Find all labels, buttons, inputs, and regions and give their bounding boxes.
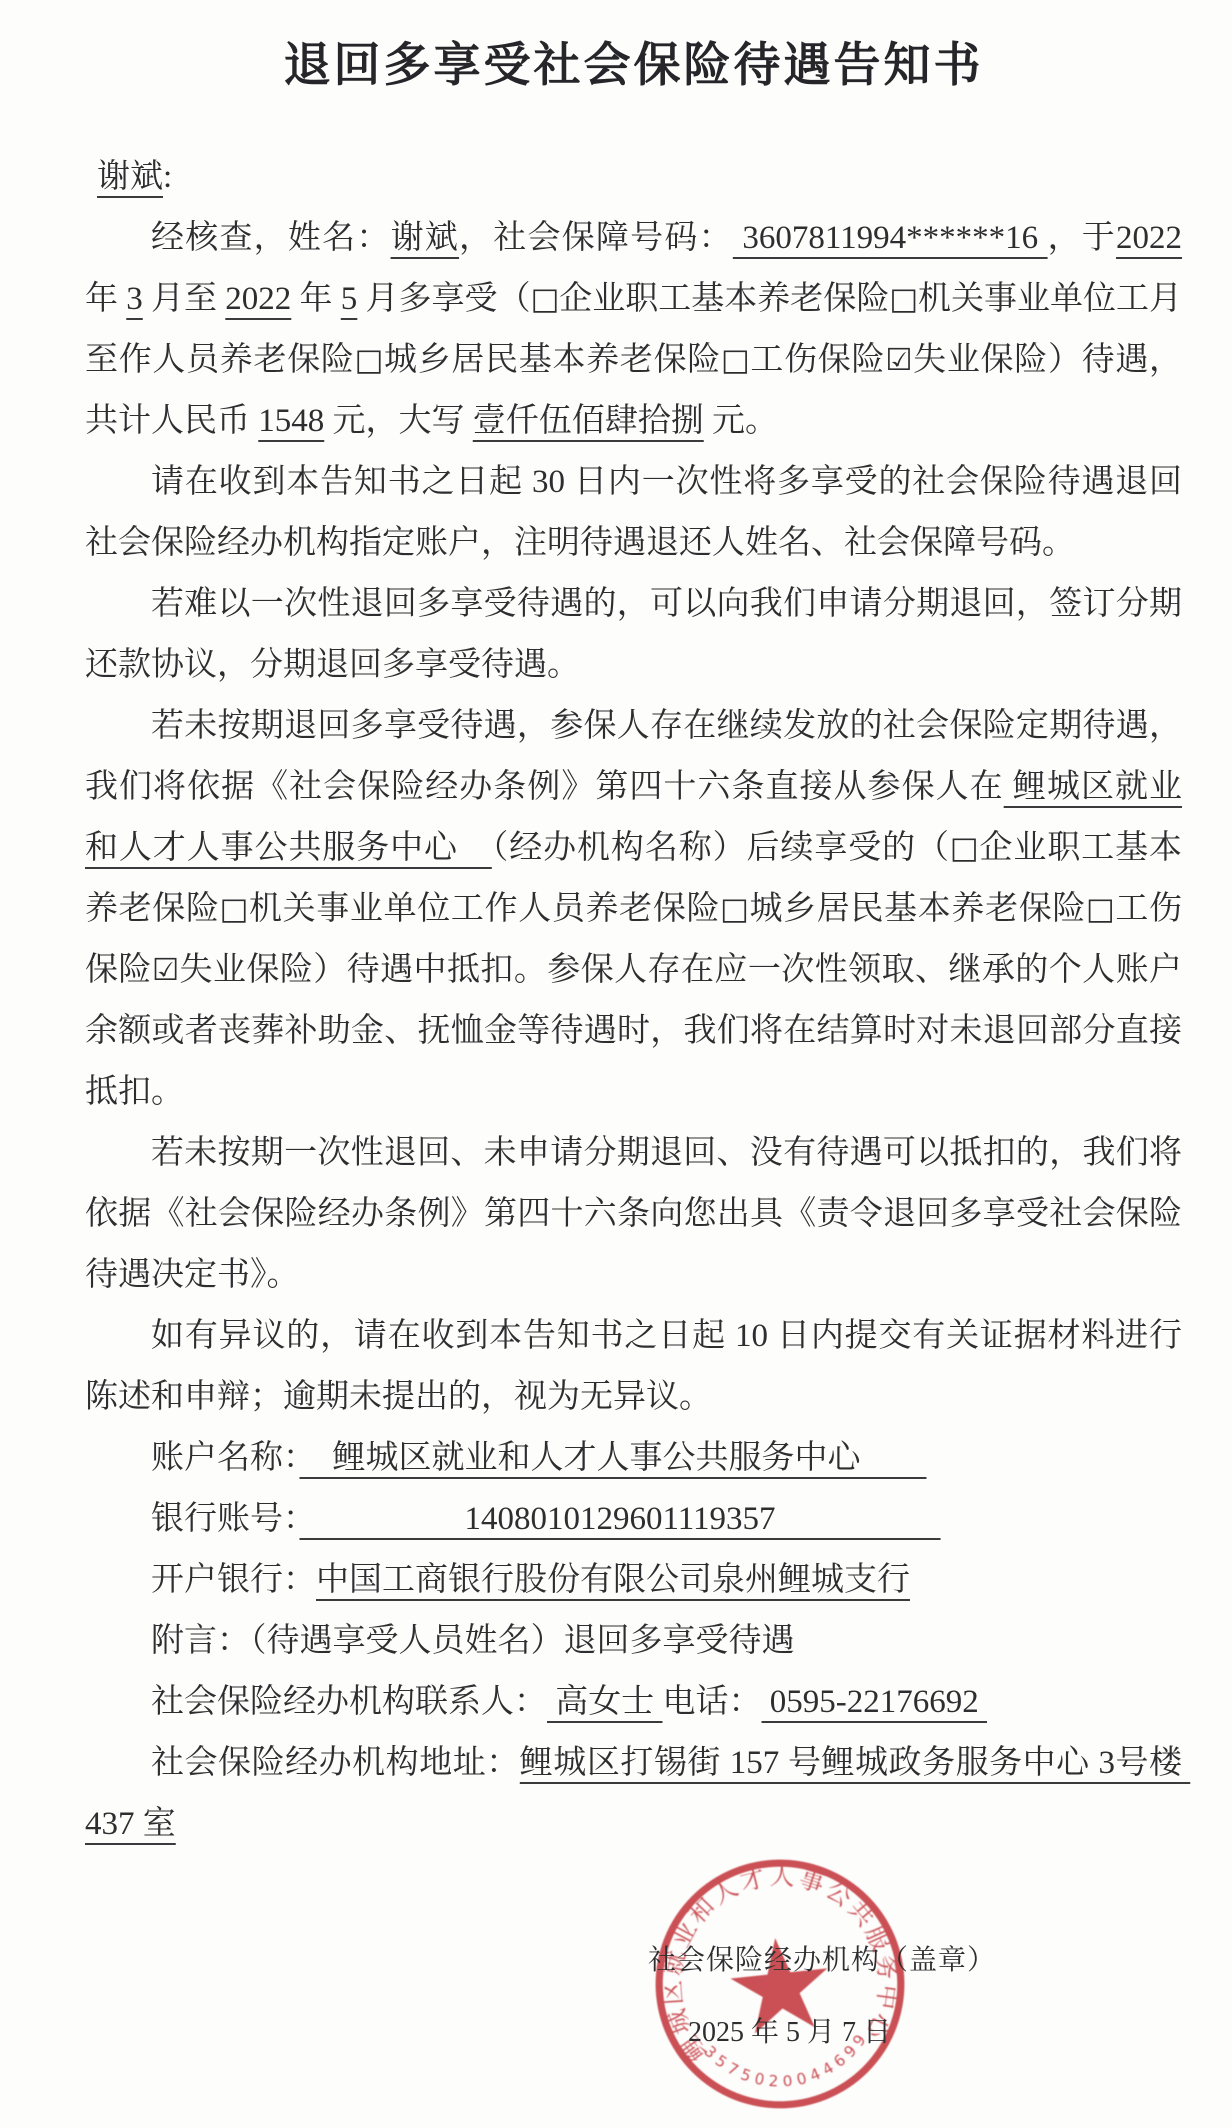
- text-segment: 壹仟伍佰肆拾捌: [473, 403, 704, 439]
- text-segment: ，于: [1048, 220, 1116, 256]
- text-segment: 城乡居民基本养老保险: [384, 342, 721, 378]
- text-segment: 3607811994******16: [733, 220, 1048, 256]
- checkbox-checked-icon: ☑: [152, 953, 179, 988]
- signature-date: 2025 年 5 月 7 日: [688, 2010, 891, 2050]
- bank-account-field: 银行账号： 1408010129601119357: [85, 1489, 1182, 1550]
- repay-instruction-paragraph: 请在收到本告知书之日起 30 日内一次性将多享受的社会保险待遇退回社会保险经办机…: [85, 452, 1182, 574]
- checkbox-unchecked-icon: □: [720, 892, 749, 927]
- text-segment: 若未按期一次性退回、未申请分期退回、没有待遇可以抵扣的，我们将依据《社会保险经办…: [85, 1135, 1182, 1293]
- account-name-field: 账户名称： 鲤城区就业和人才人事公共服务中心: [85, 1428, 1182, 1489]
- text-segment: 0595-22176692: [762, 1684, 988, 1720]
- offset-paragraph: 若未按期退回多享受待遇，参保人存在继续发放的社会保险定期待遇，我们将依据《社会保…: [85, 696, 1182, 1123]
- finding-paragraph: 经核查，姓名：谢斌，社会保障号码： 3607811994******16 ，于2…: [85, 208, 1182, 452]
- checkbox-unchecked-icon: □: [721, 343, 750, 378]
- text-segment: 5: [341, 281, 358, 317]
- text-segment: 账户名称：: [151, 1440, 300, 1476]
- text-segment: 高女士: [547, 1684, 663, 1720]
- text-segment: 月多享受（: [357, 281, 530, 317]
- text-segment: 请在收到本告知书之日起 30 日内一次性将多享受的社会保险待遇退回社会保险经办机…: [85, 464, 1182, 561]
- bank-branch-field: 开户银行：中国工商银行股份有限公司泉州鲤城支行: [85, 1550, 1182, 1611]
- document-title: 退回多享受社会保险待遇告知书: [85, 28, 1182, 95]
- text-segment: 2022: [225, 281, 291, 317]
- text-segment: （经办机构名称）后续享受的（: [492, 830, 950, 866]
- text-segment: 开户银行：: [151, 1562, 316, 1598]
- text-segment: 电话：: [663, 1684, 762, 1720]
- text-segment: 银行账号：: [151, 1501, 300, 1537]
- text-segment: ，社会保障号码：: [459, 220, 733, 256]
- checkbox-unchecked-icon: □: [1086, 892, 1115, 927]
- checkbox-unchecked-icon: □: [950, 831, 980, 866]
- checkbox-unchecked-icon: □: [531, 282, 560, 317]
- text-segment: 2022: [1116, 220, 1182, 256]
- salutation-line: 谢斌:: [85, 147, 1182, 208]
- memo-field: 附言：（待遇享受人员姓名）退回多享受待遇: [85, 1611, 1182, 1672]
- text-segment: 元，大写: [324, 403, 473, 439]
- text-segment: 月至: [143, 281, 226, 317]
- text-segment: 工伤保险: [750, 342, 885, 378]
- text-segment: 1548: [258, 403, 324, 439]
- text-segment: 社会保险经办机构地址：: [151, 1745, 520, 1781]
- text-segment: 经核查，姓名：: [151, 220, 391, 256]
- decision-paragraph: 若未按期一次性退回、未申请分期退回、没有待遇可以抵扣的，我们将依据《社会保险经办…: [85, 1123, 1182, 1306]
- text-segment: 如有异议的，请在收到本告知书之日起 10 日内提交有关证据材料进行陈述和申辩；逾…: [85, 1318, 1182, 1415]
- text-segment: 企业职工基本养老保险: [559, 281, 889, 317]
- checkbox-checked-icon: ☑: [885, 343, 912, 378]
- document-page: 退回多享受社会保险待遇告知书 谢斌:经核查，姓名：谢斌，社会保障号码： 3607…: [0, 0, 1232, 2128]
- text-segment: 谢斌: [97, 159, 163, 195]
- address-field: 社会保险经办机构地址：鲤城区打锡街 157 号鲤城政务服务中心 3号楼 437 …: [85, 1733, 1182, 1855]
- text-segment: :: [163, 159, 172, 195]
- text-segment: 城乡居民基本养老保险: [749, 891, 1086, 927]
- text-segment: 3: [126, 281, 143, 317]
- contact-field: 社会保险经办机构联系人： 高女士 电话： 0595-22176692: [85, 1672, 1182, 1733]
- checkbox-unchecked-icon: □: [889, 282, 918, 317]
- text-segment: 鲤城区就业和人才人事公共服务中心: [300, 1440, 927, 1476]
- text-segment: 1408010129601119357: [300, 1501, 941, 1537]
- text-segment: 若难以一次性退回多享受待遇的，可以向我们申请分期退回，签订分期还款协议，分期退回…: [85, 586, 1182, 683]
- checkbox-unchecked-icon: □: [355, 343, 384, 378]
- text-segment: 社会保险经办机构联系人：: [151, 1684, 547, 1720]
- checkbox-unchecked-icon: □: [220, 892, 249, 927]
- objection-paragraph: 如有异议的，请在收到本告知书之日起 10 日内提交有关证据材料进行陈述和申辩；逾…: [85, 1306, 1182, 1428]
- document-body: 谢斌:经核查，姓名：谢斌，社会保障号码： 3607811994******16 …: [85, 147, 1182, 1855]
- text-segment: 中国工商银行股份有限公司泉州鲤城支行: [316, 1562, 910, 1598]
- signature-agency-line: 社会保险经办机构（盖章）: [648, 1938, 996, 1978]
- text-segment: 附言：（待遇享受人员姓名）退回多享受待遇: [151, 1623, 795, 1659]
- text-segment: 年: [291, 281, 341, 317]
- official-seal-stamp: 鲤城区就业和人才人事公共服务中心 3575020044699: [639, 1843, 920, 2124]
- installment-paragraph: 若难以一次性退回多享受待遇的，可以向我们申请分期退回，签订分期还款协议，分期退回…: [85, 574, 1182, 696]
- text-segment: 谢斌: [391, 220, 459, 256]
- text-segment: 元。: [704, 403, 778, 439]
- text-segment: 失业保险）待遇中抵扣。参保人存在应一次性领取、继承的个人账户余额或者丧葬补助金、…: [85, 952, 1182, 1110]
- text-segment: 机关事业单位工作人员养老保险: [249, 891, 720, 927]
